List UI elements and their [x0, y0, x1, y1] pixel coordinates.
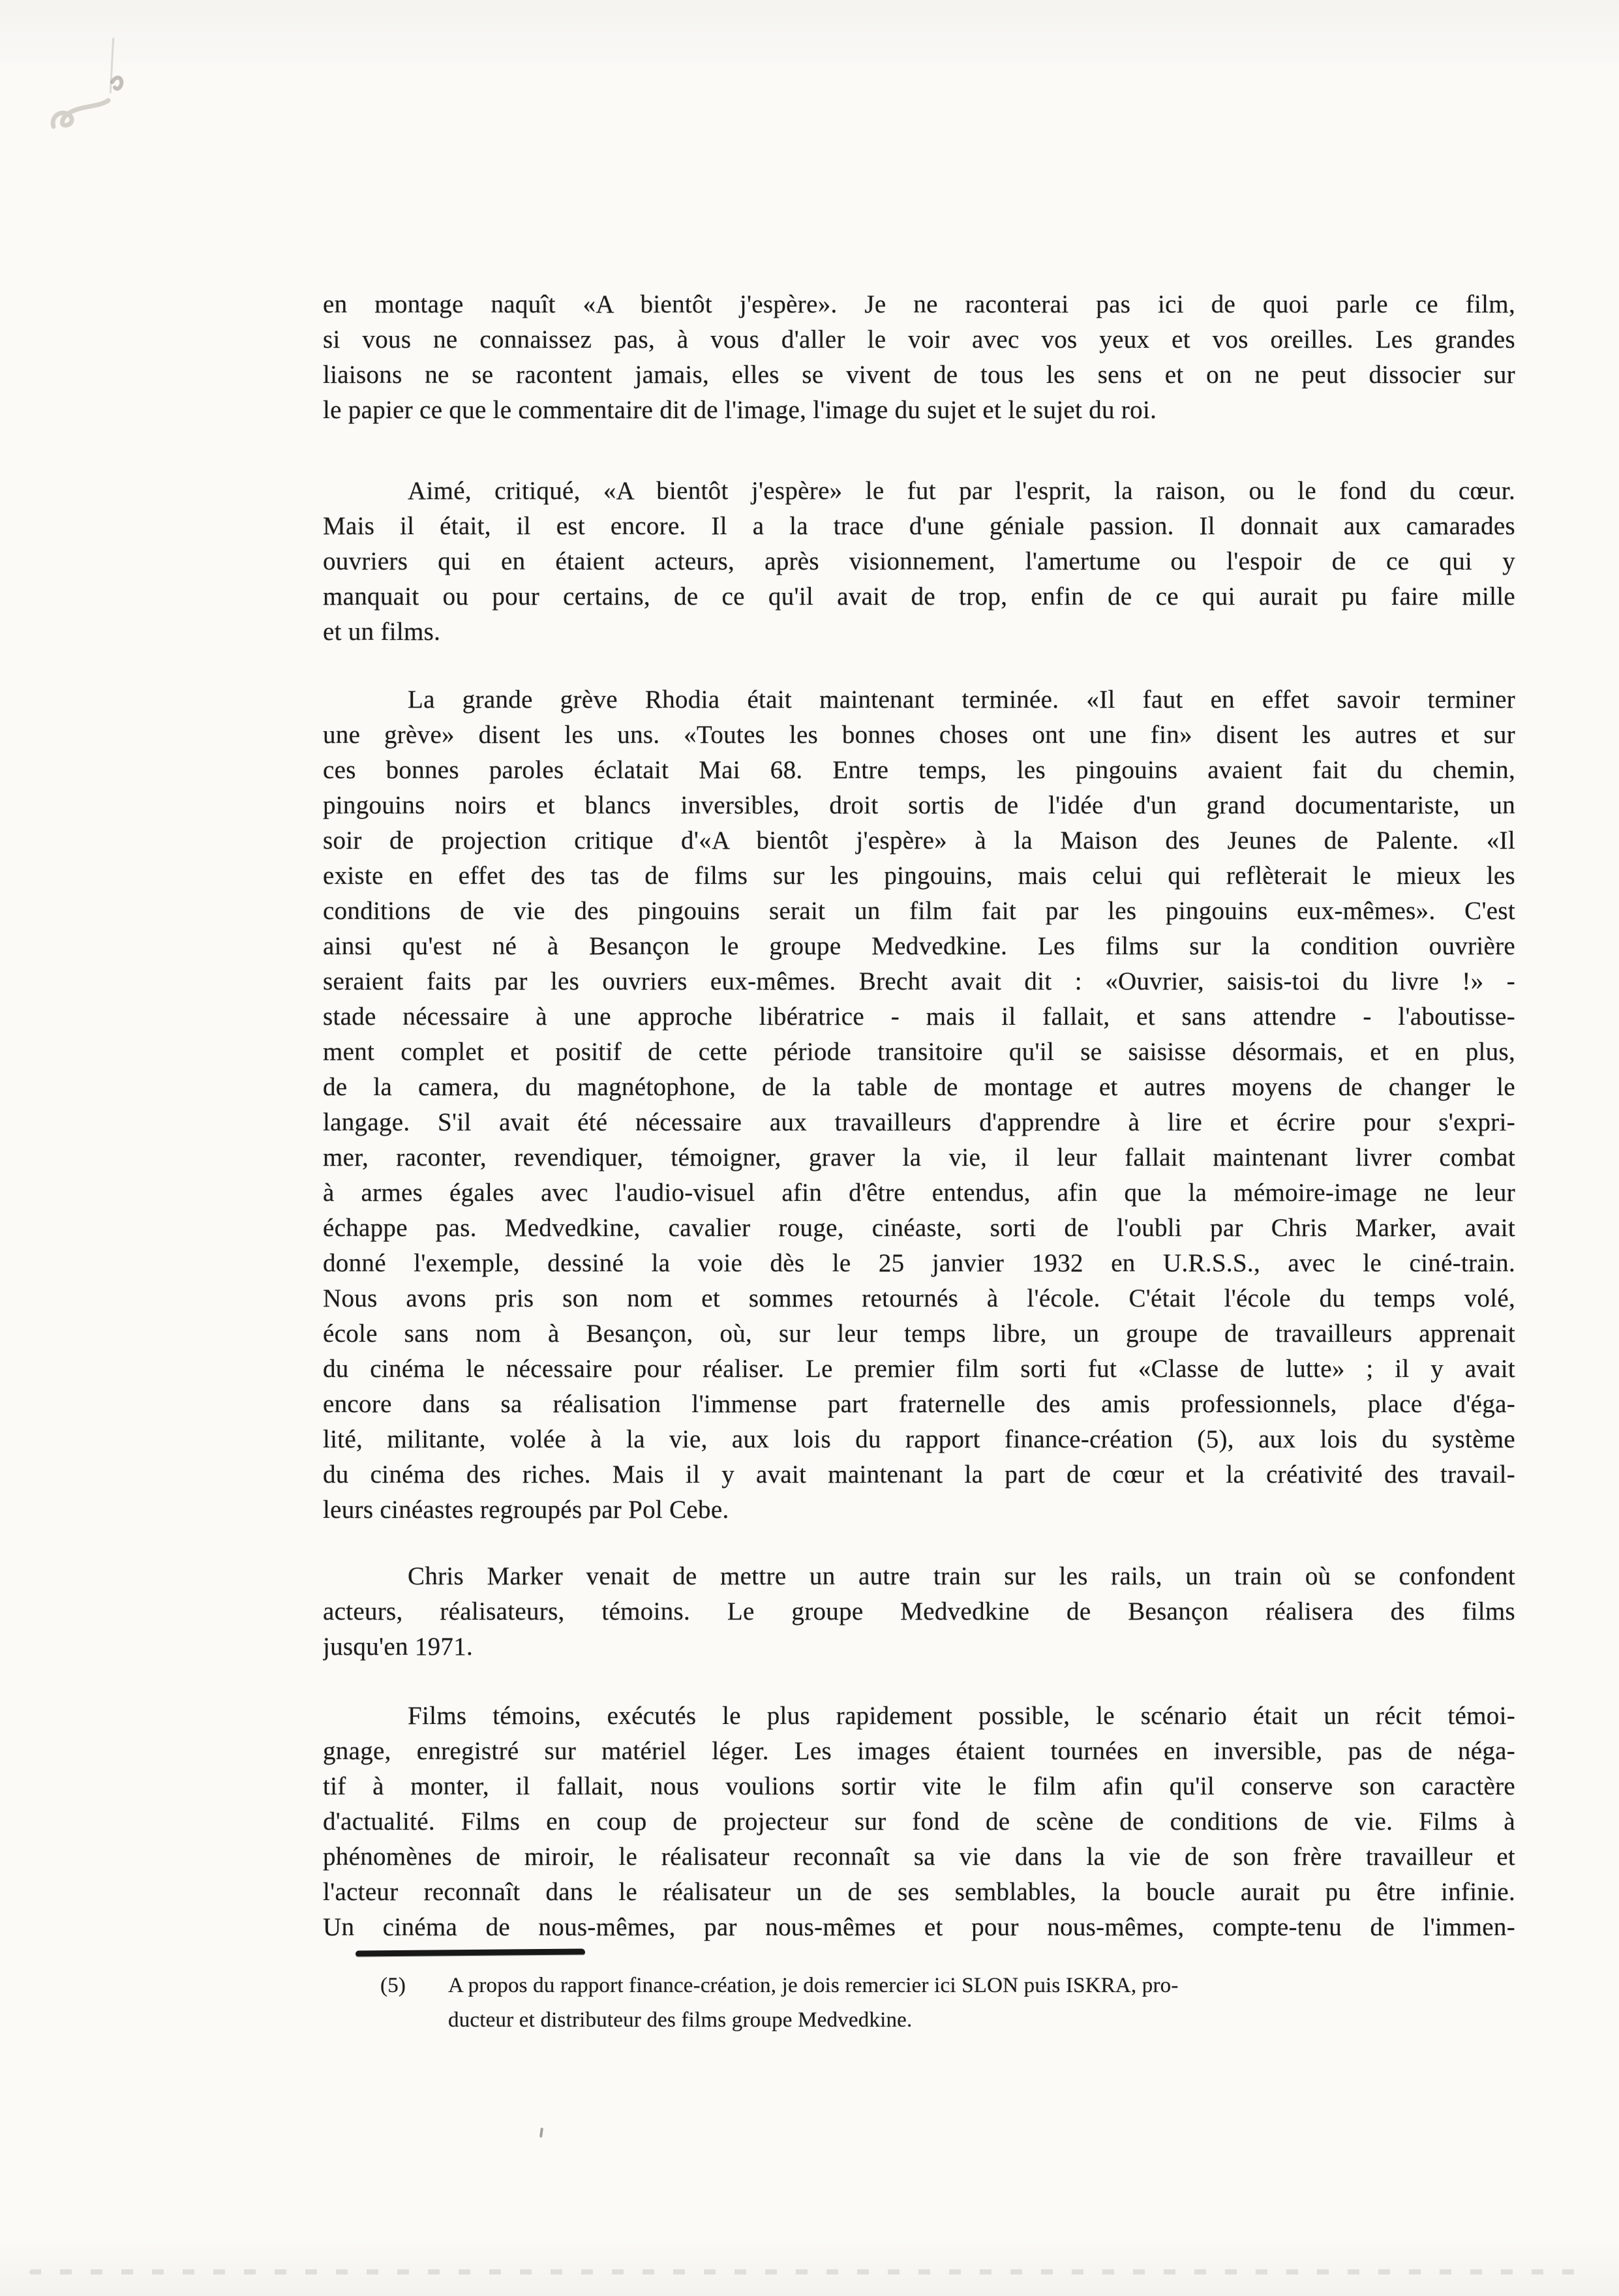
text-line: tif à monter, il fallait, nous voulions …: [323, 1769, 1515, 1804]
text-line: phénomènes de miroir, le réalisateur rec…: [323, 1839, 1515, 1875]
text-line: Films témoins, exécutés le plus rapideme…: [323, 1699, 1515, 1734]
text-line: Aimé, critiqué, «A bientôt j'espère» le …: [323, 474, 1515, 509]
footnote: (5)A propos du rapport finance-création,…: [380, 1969, 1333, 2038]
text-line: donné l'exemple, dessiné la voie dès le …: [323, 1246, 1515, 1281]
text-line: soir de projection critique d'«A bientôt…: [323, 823, 1515, 858]
text-line: école sans nom à Besançon, où, sur leur …: [323, 1316, 1515, 1352]
scan-noise-bottom-edge: [29, 2269, 1590, 2274]
text-line: ainsi qu'est né à Besançon le groupe Med…: [323, 929, 1515, 964]
footnote-divider-rule: [356, 1948, 585, 1956]
text-line: mer, raconter, revendiquer, témoigner, g…: [323, 1140, 1515, 1175]
text-line: acteurs, réalisateurs, témoins. Le group…: [323, 1594, 1515, 1629]
text-line: ment complet et positif de cette période…: [323, 1035, 1515, 1070]
text-line: leurs cinéastes regroupés par Pol Cebe.: [323, 1492, 1515, 1528]
text-line: du cinéma le nécessaire pour réaliser. L…: [323, 1352, 1515, 1387]
text-line: conditions de vie des pingouins serait u…: [323, 894, 1515, 929]
scanned-document-page: en montage naquît «A bientôt j'espère». …: [0, 0, 1619, 2296]
text-line: Chris Marker venait de mettre un autre t…: [323, 1559, 1515, 1594]
footnote-line: (5)A propos du rapport finance-création,…: [380, 1969, 1333, 2003]
text-line: encore dans sa réalisation l'immense par…: [323, 1387, 1515, 1422]
paragraph: Films témoins, exécutés le plus rapideme…: [323, 1699, 1515, 1945]
text-line: Mais il était, il est encore. Il a la tr…: [323, 509, 1515, 544]
text-line: stade nécessaire à une approche libératr…: [323, 999, 1515, 1035]
text-line: si vous ne connaissez pas, à vous d'alle…: [323, 322, 1515, 357]
text-line: à armes égales avec l'audio-visuel afin …: [323, 1175, 1515, 1211]
text-line: jusqu'en 1971.: [323, 1629, 1515, 1665]
pencil-squiggle-mark: [44, 60, 149, 151]
text-line: gnage, enregistré sur matériel léger. Le…: [323, 1734, 1515, 1769]
text-line: ouvriers qui en étaient acteurs, après v…: [323, 544, 1515, 579]
text-line: Nous avons pris son nom et sommes retour…: [323, 1281, 1515, 1316]
paragraph: Chris Marker venait de mettre un autre t…: [323, 1559, 1515, 1665]
text-line: seraient faits par les ouvriers eux-même…: [323, 964, 1515, 999]
text-line: le papier ce que le commentaire dit de l…: [323, 393, 1515, 428]
text-line: et un films.: [323, 614, 1515, 650]
text-line: manquait ou pour certains, de ce qu'il a…: [323, 579, 1515, 614]
text-line: une grève» disent les uns. «Toutes les b…: [323, 717, 1515, 753]
text-line: liaisons ne se racontent jamais, elles s…: [323, 357, 1515, 393]
text-line: La grande grève Rhodia était maintenant …: [323, 682, 1515, 717]
paragraph: La grande grève Rhodia était maintenant …: [323, 682, 1515, 1528]
text-line: l'acteur reconnaît dans le réalisateur u…: [323, 1875, 1515, 1910]
paragraphs: en montage naquît «A bientôt j'espère». …: [323, 287, 1515, 1945]
text-line: existe en effet des tas de films sur les…: [323, 858, 1515, 894]
page-text: en montage naquît «A bientôt j'espère». …: [323, 287, 1515, 1945]
footnote-line: ducteur et distributeur des films groupe…: [380, 2003, 1333, 2038]
footnote-text: A propos du rapport finance-création, je…: [448, 1974, 1179, 1997]
text-line: d'actualité. Films en coup de projecteur…: [323, 1804, 1515, 1839]
text-line: ces bonnes paroles éclatait Mai 68. Entr…: [323, 753, 1515, 788]
text-line: Un cinéma de nous-mêmes, par nous-mêmes …: [323, 1910, 1515, 1945]
paragraph: en montage naquît «A bientôt j'espère». …: [323, 287, 1515, 428]
text-line: en montage naquît «A bientôt j'espère». …: [323, 287, 1515, 322]
text-line: pingouins noirs et blancs inversibles, d…: [323, 788, 1515, 823]
footnote-marker: (5): [380, 1969, 448, 2003]
text-line: de la camera, du magnétophone, de la tab…: [323, 1070, 1515, 1105]
text-line: du cinéma des riches. Mais il y avait ma…: [323, 1457, 1515, 1492]
paragraph: Aimé, critiqué, «A bientôt j'espère» le …: [323, 474, 1515, 650]
scan-speck: [539, 2128, 543, 2137]
text-line: langage. S'il avait été nécessaire aux t…: [323, 1105, 1515, 1140]
text-line: échappe pas. Medvedkine, cavalier rouge,…: [323, 1211, 1515, 1246]
text-line: lité, militante, volée à la vie, aux loi…: [323, 1422, 1515, 1457]
